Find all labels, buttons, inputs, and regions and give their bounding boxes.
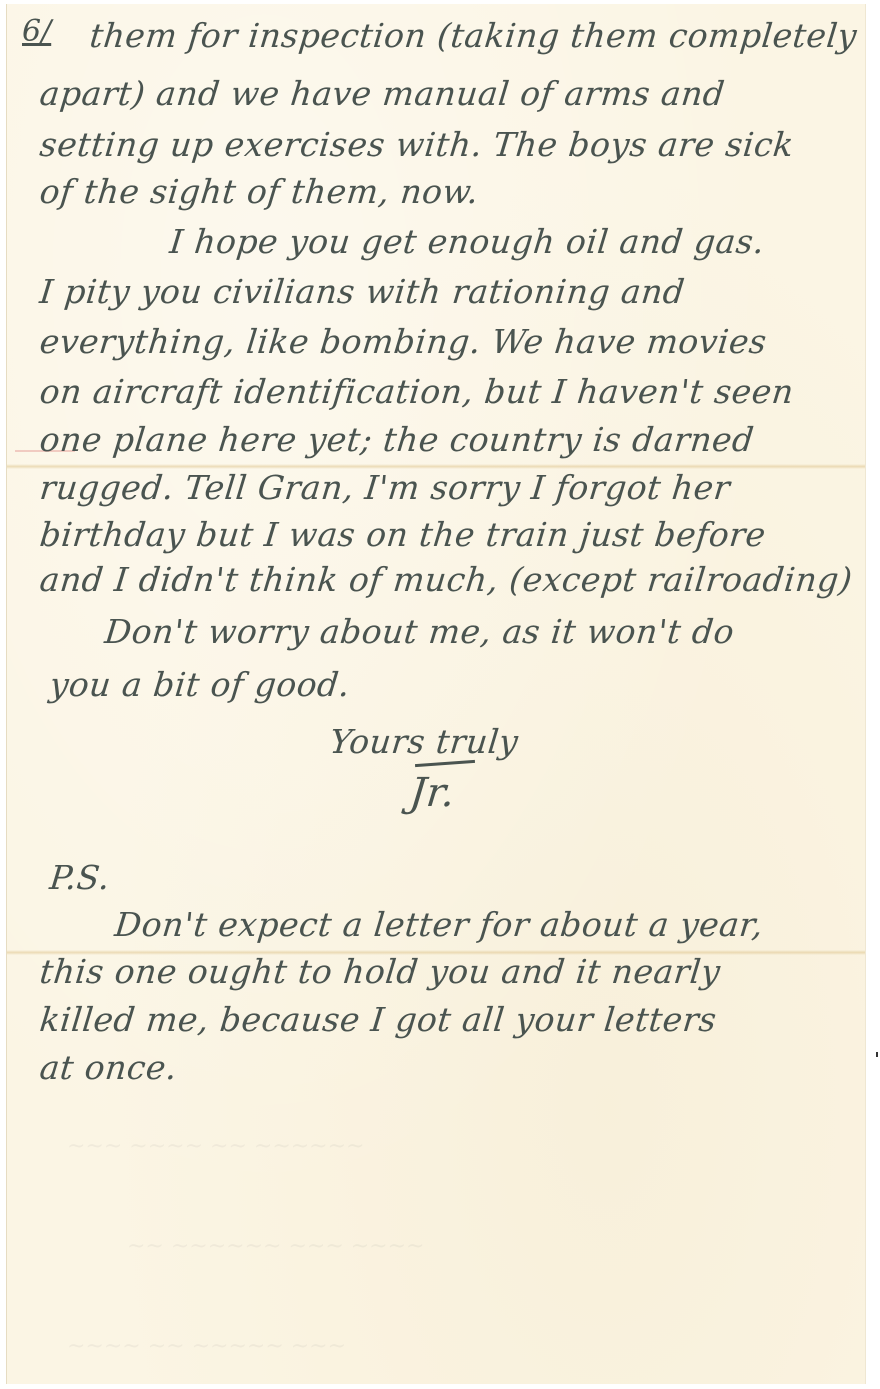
postscript-line: this one ought to hold you and it nearly bbox=[38, 952, 722, 991]
letter-signature: Jr. bbox=[408, 770, 458, 816]
page-number: 6/ bbox=[22, 14, 51, 49]
bleed-through-text: ~~~~ ~~ ~~~~~ ~~~ bbox=[67, 1334, 346, 1359]
letter-line: setting up exercises with. The boys are … bbox=[38, 125, 796, 164]
bleed-through-text: ~~~ ~~~~ ~~ ~~~~~~ bbox=[67, 1134, 364, 1159]
letter-line: everything, like bombing. We have movies bbox=[38, 322, 769, 361]
letter-line: one plane here yet; the country is darne… bbox=[38, 420, 756, 459]
postscript-line: at once. bbox=[38, 1048, 179, 1087]
bleed-through-text: ~~ ~~~~~~ ~~~ ~~~~ bbox=[127, 1234, 424, 1259]
postscript-line: Don't expect a letter for about a year, bbox=[113, 905, 765, 944]
letter-line: I hope you get enough oil and gas. bbox=[168, 222, 767, 261]
letter-closing: Yours truly bbox=[328, 722, 520, 761]
letter-line: apart) and we have manual of arms and bbox=[38, 74, 727, 113]
letter-line: you a bit of good. bbox=[48, 665, 352, 704]
letter-line: rugged. Tell Gran, I'm sorry I forgot he… bbox=[38, 468, 732, 507]
letter-line: and I didn't think of much, (except rail… bbox=[38, 560, 854, 599]
letter-line: of the sight of them, now. bbox=[38, 172, 481, 211]
postscript-line: killed me, because I got all your letter… bbox=[38, 1000, 719, 1039]
letter-line: birthday but I was on the train just bef… bbox=[38, 515, 768, 554]
letter-line: them for inspection (taking them complet… bbox=[88, 16, 859, 55]
postscript-label: P.S. bbox=[48, 858, 112, 897]
letter-line: I pity you civilians with rationing and bbox=[38, 272, 687, 311]
scan-artifact bbox=[876, 1052, 878, 1057]
letter-line: Don't worry about me, as it won't do bbox=[103, 612, 736, 651]
letter-line: on aircraft identification, but I haven'… bbox=[38, 372, 796, 411]
